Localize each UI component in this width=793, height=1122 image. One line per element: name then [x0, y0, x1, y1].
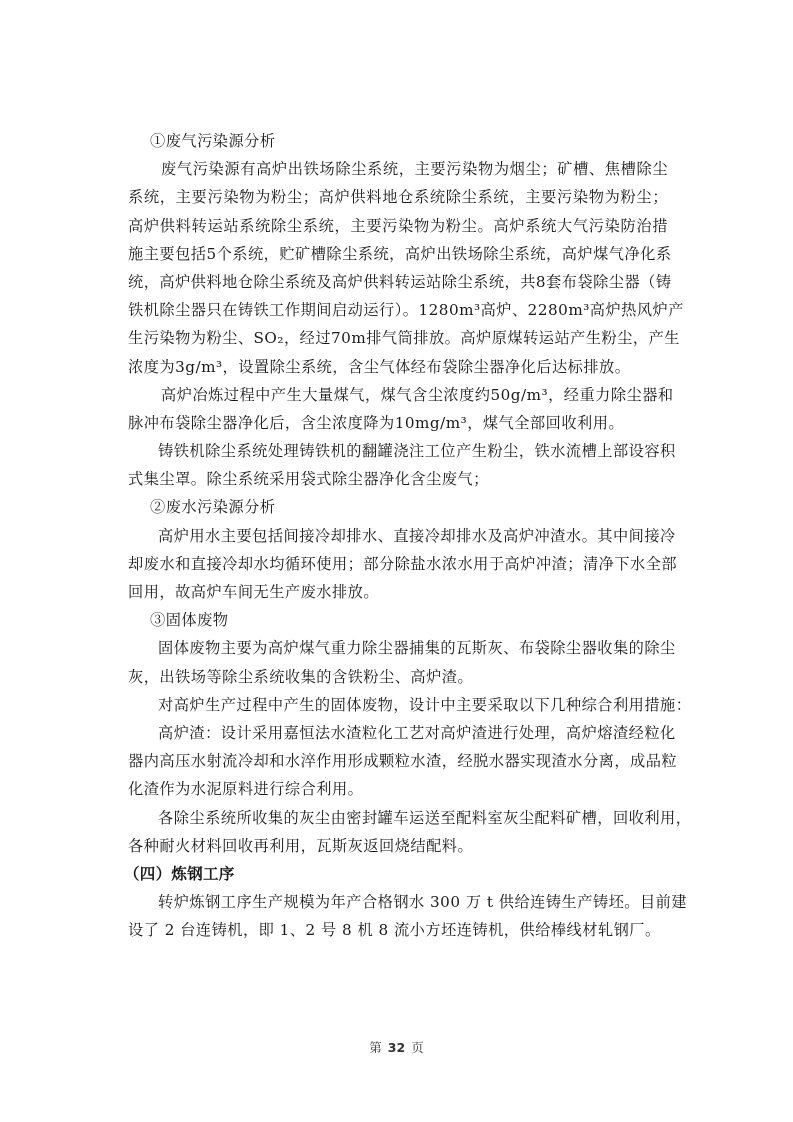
text-line: 固体废物主要为高炉煤气重力除尘器捕集的瓦斯灰、布袋除尘器收集的除尘	[128, 634, 668, 662]
text-line: 对高炉生产过程中产生的固体废物，设计中主要采取以下几种综合利用措施：	[128, 691, 668, 719]
section-heading-steelmaking: （四）炼钢工序	[124, 860, 668, 888]
text-line: 废气污染源有高炉出铁场除尘系统，主要污染物为烟尘；矿槽、焦槽除尘	[128, 155, 668, 183]
subheading-waste-gas: ①废气污染源分析	[128, 127, 668, 155]
page-content: ①废气污染源分析 废气污染源有高炉出铁场除尘系统，主要污染物为烟尘；矿槽、焦槽除…	[128, 127, 668, 944]
text-line: 高炉用水主要包括间接冷却排水、直接冷却排水及高炉冲渣水。其中间接冷	[128, 522, 668, 550]
text-line: 各种耐火材料回收再利用，瓦斯灰返回烧结配料。	[128, 832, 668, 860]
text-line: 高炉冶炼过程中产生大量煤气，煤气含尘浓度约50g/m³，经重力除尘器和	[128, 381, 668, 409]
text-line: 施主要包括5个系统，贮矿槽除尘系统，高炉出铁场除尘系统，高炉煤气净化系	[128, 240, 668, 268]
text-line: 统，高炉供料地仓除尘系统及高炉供料转运站除尘系统，共8套布袋除尘器（铸	[128, 268, 668, 296]
text-line: 转炉炼钢工序生产规模为年产合格钢水 300 万 t 供给连铸生产铸坯。目前建	[128, 888, 668, 916]
text-line: 化渣作为水泥原料进行综合利用。	[128, 775, 668, 803]
text-line: 铸铁机除尘系统处理铸铁机的翻罐浇注工位产生粉尘，铁水流槽上部设容积	[128, 437, 668, 465]
text-line: 铁机除尘器只在铸铁工作期间启动运行）。1280m³高炉、2280m³高炉热风炉产	[128, 296, 668, 324]
text-line: 式集尘罩。除尘系统采用袋式除尘器净化含尘废气；	[128, 465, 668, 493]
page-number-prefix: 第	[369, 1040, 382, 1055]
text-line: 回用，故高炉车间无生产废水排放。	[128, 578, 668, 606]
text-line: 设了 2 台连铸机，即 1、2 号 8 机 8 流小方坯连铸机，供给棒线材轧钢厂…	[128, 916, 668, 944]
page-number: 32	[388, 1040, 405, 1055]
text-line: 各除尘系统所收集的灰尘由密封罐车运送至配料室灰尘配料矿槽，回收利用，	[128, 804, 668, 832]
paragraph-waste-water: 高炉用水主要包括间接冷却排水、直接冷却排水及高炉冲渣水。其中间接冷 却废水和直接…	[128, 522, 668, 607]
paragraph-steelmaking: 转炉炼钢工序生产规模为年产合格钢水 300 万 t 供给连铸生产铸坯。目前建 设…	[128, 888, 668, 944]
page-number-suffix: 页	[411, 1040, 424, 1055]
text-line: 浓度为3g/m³，设置除尘系统，含尘气体经布袋除尘器净化后达标排放。	[128, 353, 668, 381]
paragraph-slag: 高炉渣：设计采用嘉恒法水渣粒化工艺对高炉渣进行处理，高炉熔渣经粒化 器内高压水射…	[128, 719, 668, 804]
paragraph-blast-furnace-gas: 高炉冶炼过程中产生大量煤气，煤气含尘浓度约50g/m³，经重力除尘器和 脉冲布袋…	[128, 381, 668, 437]
text-line: 却废水和直接冷却水均循环使用；部分除盐水浓水用于高炉冲渣；清净下水全部	[128, 550, 668, 578]
document-page: ①废气污染源分析 废气污染源有高炉出铁场除尘系统，主要污染物为烟尘；矿槽、焦槽除…	[0, 0, 793, 1122]
text-line: 生污染物为粉尘、SO₂，经过70m排气筒排放。高炉原煤转运站产生粉尘，产生	[128, 324, 668, 352]
paragraph-solid-waste: 固体废物主要为高炉煤气重力除尘器捕集的瓦斯灰、布袋除尘器收集的除尘 灰，出铁场等…	[128, 634, 668, 690]
page-footer: 第32页	[0, 1038, 793, 1056]
subheading-waste-water: ②废水污染源分析	[128, 493, 668, 521]
paragraph-waste-gas-sources: 废气污染源有高炉出铁场除尘系统，主要污染物为烟尘；矿槽、焦槽除尘 系统，主要污染…	[128, 155, 668, 381]
text-line: 高炉供料转运站系统除尘系统，主要污染物为粉尘。高炉系统大气污染防治措	[128, 212, 668, 240]
text-line: 器内高压水射流冷却和水淬作用形成颗粒水渣，经脱水器实现渣水分离，成品粒	[128, 747, 668, 775]
paragraph-pig-casting-dust: 铸铁机除尘系统处理铸铁机的翻罐浇注工位产生粉尘，铁水流槽上部设容积 式集尘罩。除…	[128, 437, 668, 493]
paragraph-dust-recycling: 各除尘系统所收集的灰尘由密封罐车运送至配料室灰尘配料矿槽，回收利用， 各种耐火材…	[128, 804, 668, 860]
text-line: 高炉渣：设计采用嘉恒法水渣粒化工艺对高炉渣进行处理，高炉熔渣经粒化	[128, 719, 668, 747]
text-line: 灰，出铁场等除尘系统收集的含铁粉尘、高炉渣。	[128, 663, 668, 691]
subheading-solid-waste: ③固体废物	[128, 606, 668, 634]
text-line: 系统，主要污染物为粉尘；高炉供料地仓系统除尘系统，主要污染物为粉尘；	[128, 183, 668, 211]
text-line: 脉冲布袋除尘器净化后，含尘浓度降为10mg/m³，煤气全部回收利用。	[128, 409, 668, 437]
paragraph-utilization-measures: 对高炉生产过程中产生的固体废物，设计中主要采取以下几种综合利用措施：	[128, 691, 668, 719]
